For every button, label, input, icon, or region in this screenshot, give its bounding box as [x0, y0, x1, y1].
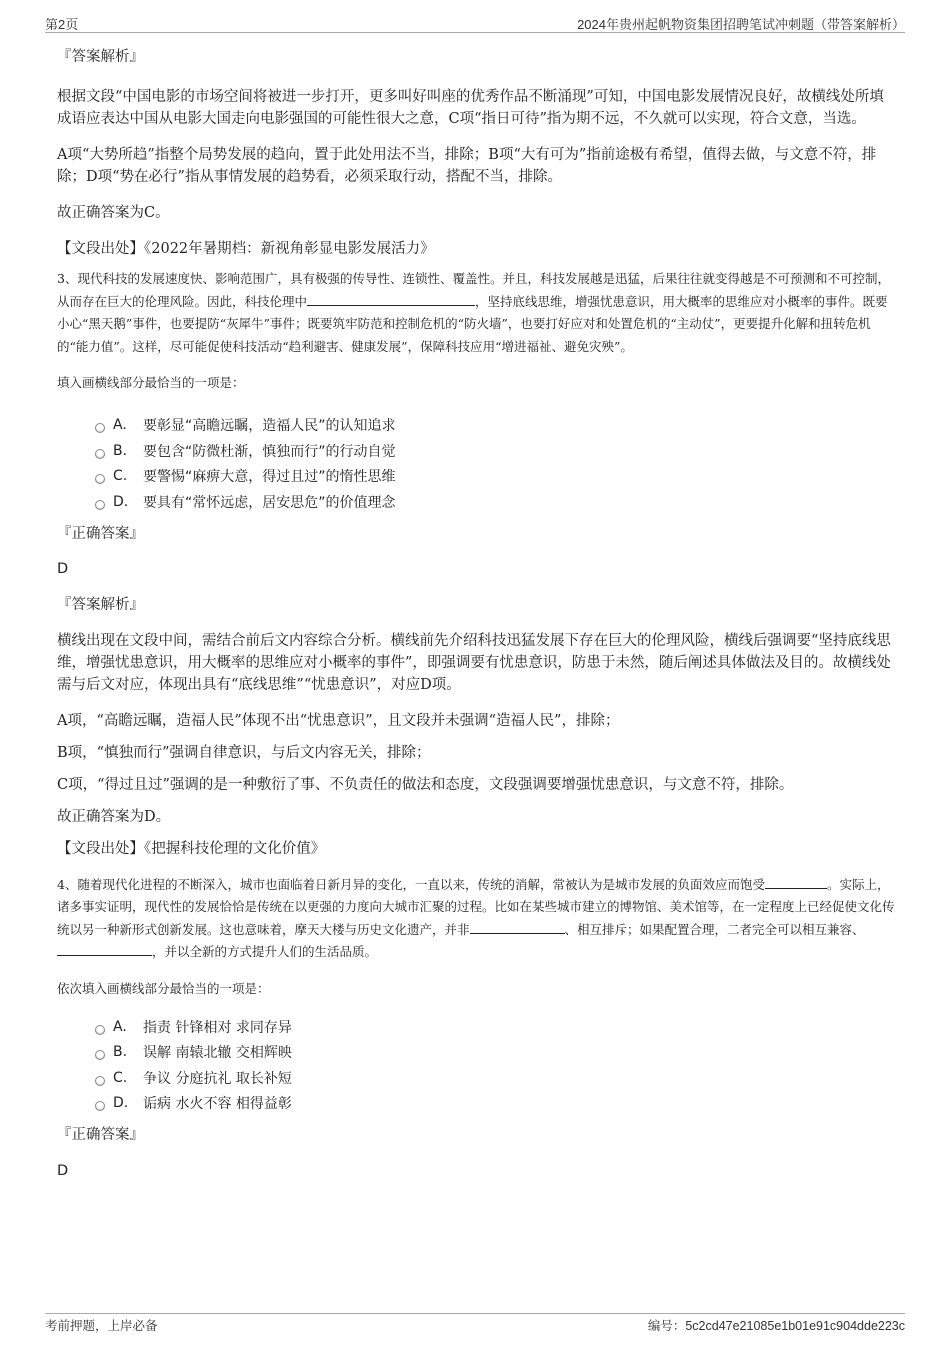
analysis-paragraph: A项“大势所趋”指整个局势发展的趋向，置于此处用法不当，排除；B项“大有可为”指…: [57, 144, 897, 188]
option-list: A.指责 针锋相对 求同存异 B.误解 南辕北辙 交相辉映 C.争议 分庭抗礼 …: [95, 1014, 897, 1116]
page-number: 第2页: [45, 14, 78, 33]
conclusion: 故正确答案为D。: [57, 806, 897, 828]
option-c[interactable]: C.争议 分庭抗礼 取长补短: [95, 1065, 897, 1091]
source: 【文段出处】《把握科技伦理的文化价值》: [57, 838, 897, 860]
radio-button-icon[interactable]: [95, 423, 105, 433]
analysis-option-a: A项，“高瞻远瞩，造福人民”体现不出“忧患意识”，且文段并未强调“造福人民”，排…: [57, 710, 897, 732]
footer-slogan: 考前押题，上岸必备: [45, 1316, 158, 1334]
radio-button-icon[interactable]: [95, 1076, 105, 1086]
radio-button-icon[interactable]: [95, 1101, 105, 1111]
analysis-paragraph: 横线出现在文段中间，需结合前后文内容综合分析。横线前先介绍科技迅猛发展下存在巨大…: [57, 630, 897, 696]
question-stem: 4、随着现代化进程的不断深入，城市也面临着日新月异的变化，一直以来，传统的消解，…: [57, 874, 897, 964]
page-footer: 考前押题，上岸必备 编号：5c2cd47e21085e1b01e91c904dd…: [45, 1313, 905, 1314]
fill-blank: [57, 943, 152, 956]
radio-button-icon[interactable]: [95, 1025, 105, 1035]
option-list: A.要彰显“高瞻远瞩，造福人民”的认知追求 B.要包含“防微杜渐，慎独而行”的行…: [95, 413, 897, 515]
conclusion: 故正确答案为C。: [57, 202, 897, 224]
option-d[interactable]: D.诟病 水火不容 相得益彰: [95, 1091, 897, 1117]
correct-answer: D: [57, 559, 897, 579]
analysis-option-c: C项，“得过且过”强调的是一种敷衍了事、不负责任的做法和态度，文段强调要增强忧患…: [57, 774, 897, 796]
fill-blank: [307, 293, 475, 306]
source: 【文段出处】《2022年暑期档：新视角彰显电影发展活力》: [57, 238, 897, 260]
radio-button-icon[interactable]: [95, 449, 105, 459]
page-header: 第2页 2024年贵州起帆物资集团招聘笔试冲刺题（带答案解析）: [45, 12, 905, 33]
question-prompt: 填入画横线部分最恰当的一项是：: [57, 372, 897, 395]
option-a[interactable]: A.要彰显“高瞻远瞩，造福人民”的认知追求: [95, 413, 897, 439]
analysis-label: 『答案解析』: [57, 46, 897, 68]
option-a[interactable]: A.指责 针锋相对 求同存异: [95, 1014, 897, 1040]
option-c[interactable]: C.要警惕“麻痹大意，得过且过”的惰性思维: [95, 464, 897, 490]
analysis-paragraph: 根据文段“中国电影的市场空间将被进一步打开，更多叫好叫座的优秀作品不断涌现”可知…: [57, 86, 897, 130]
option-b[interactable]: B.误解 南辕北辙 交相辉映: [95, 1040, 897, 1066]
page-content: 『答案解析』 根据文段“中国电影的市场空间将被进一步打开，更多叫好叫座的优秀作品…: [57, 46, 897, 1195]
option-b[interactable]: B.要包含“防微杜渐，慎独而行”的行动自觉: [95, 438, 897, 464]
correct-answer: D: [57, 1161, 897, 1181]
option-d[interactable]: D.要具有“常怀远虑，居安思危”的价值理念: [95, 489, 897, 515]
question-stem: 3、现代科技的发展速度快、影响范围广，具有极强的传导性、连锁性、覆盖性。并且，科…: [57, 268, 897, 358]
radio-button-icon[interactable]: [95, 500, 105, 510]
analysis-label: 『答案解析』: [57, 594, 897, 616]
radio-button-icon[interactable]: [95, 474, 105, 484]
document-id: 编号：5c2cd47e21085e1b01e91c904dde223c: [648, 1316, 905, 1334]
fill-blank: [470, 921, 565, 934]
document-title: 2024年贵州起帆物资集团招聘笔试冲刺题（带答案解析）: [577, 14, 905, 33]
question-prompt: 依次填入画横线部分最恰当的一项是：: [57, 978, 897, 1001]
analysis-option-b: B项，“慎独而行”强调自律意识，与后文内容无关，排除；: [57, 742, 897, 764]
correct-answer-label: 『正确答案』: [57, 1124, 897, 1146]
correct-answer-label: 『正确答案』: [57, 523, 897, 545]
radio-button-icon[interactable]: [95, 1050, 105, 1060]
fill-blank: [765, 876, 827, 889]
